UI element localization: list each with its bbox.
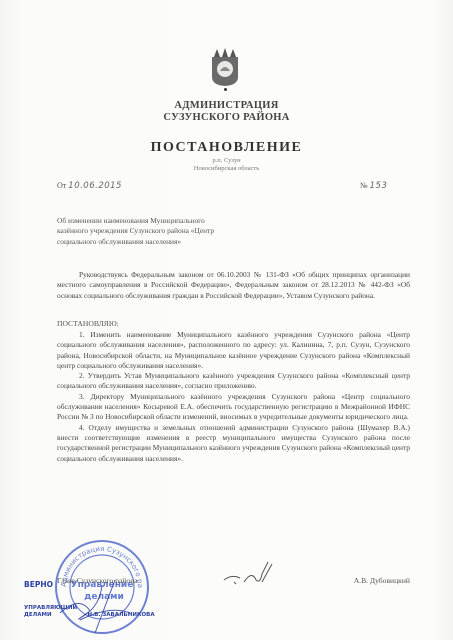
emblem-dot: [224, 88, 227, 91]
signer-name: А.В. Дубовицкий: [354, 576, 410, 585]
subject-line-2: казённого учреждения Сузунского района «…: [57, 226, 277, 236]
preamble: Руководствуясь Федеральным законом от 06…: [57, 270, 410, 301]
subject-line-3: социального обслуживания населения»: [57, 237, 277, 247]
subject-line-1: Об изменении наименования Муниципального: [57, 216, 277, 226]
place-region: Новосибирская область: [0, 165, 453, 173]
subject-block: Об изменении наименования Муниципального…: [57, 216, 277, 247]
decree-label: ПОСТАНОВЛЯЮ:: [57, 319, 119, 328]
decree-item: 1. Изменить наименование Муниципального …: [57, 330, 410, 371]
admin-line-2: СУЗУНСКОГО РАЙОНА: [0, 112, 453, 124]
place-town: р.п. Сузун: [0, 157, 453, 165]
document-type: ПОСТАНОВЛЕНИЕ: [0, 140, 453, 156]
number-prefix: №: [360, 181, 368, 190]
coat-of-arms-icon: [211, 47, 239, 87]
decree-item: 3. Директору Муниципального казённого уч…: [57, 392, 410, 423]
admin-line-1: АДМИНИСТРАЦИЯ: [0, 100, 453, 112]
date-value: 10.06.2015: [68, 181, 122, 191]
date-prefix: От: [57, 181, 66, 190]
place: р.п. Сузун Новосибирская область: [0, 157, 453, 173]
decree-item: 4. Отделу имущества и земельных отношени…: [57, 423, 410, 464]
administration-title: АДМИНИСТРАЦИЯ СУЗУНСКОГО РАЙОНА: [0, 100, 453, 124]
decree-items: 1. Изменить наименование Муниципального …: [57, 330, 410, 464]
handwritten-signature-icon: [222, 560, 282, 590]
certifier-signature-icon: [40, 575, 150, 635]
number-line: № 153: [360, 181, 387, 191]
decree-item: 2. Утвердить Устав Муниципального казённ…: [57, 371, 410, 392]
date-line: От 10.06.2015: [57, 181, 122, 191]
document-page: АДМИНИСТРАЦИЯ СУЗУНСКОГО РАЙОНА ПОСТАНОВ…: [0, 0, 453, 640]
number-value: 153: [370, 181, 388, 191]
